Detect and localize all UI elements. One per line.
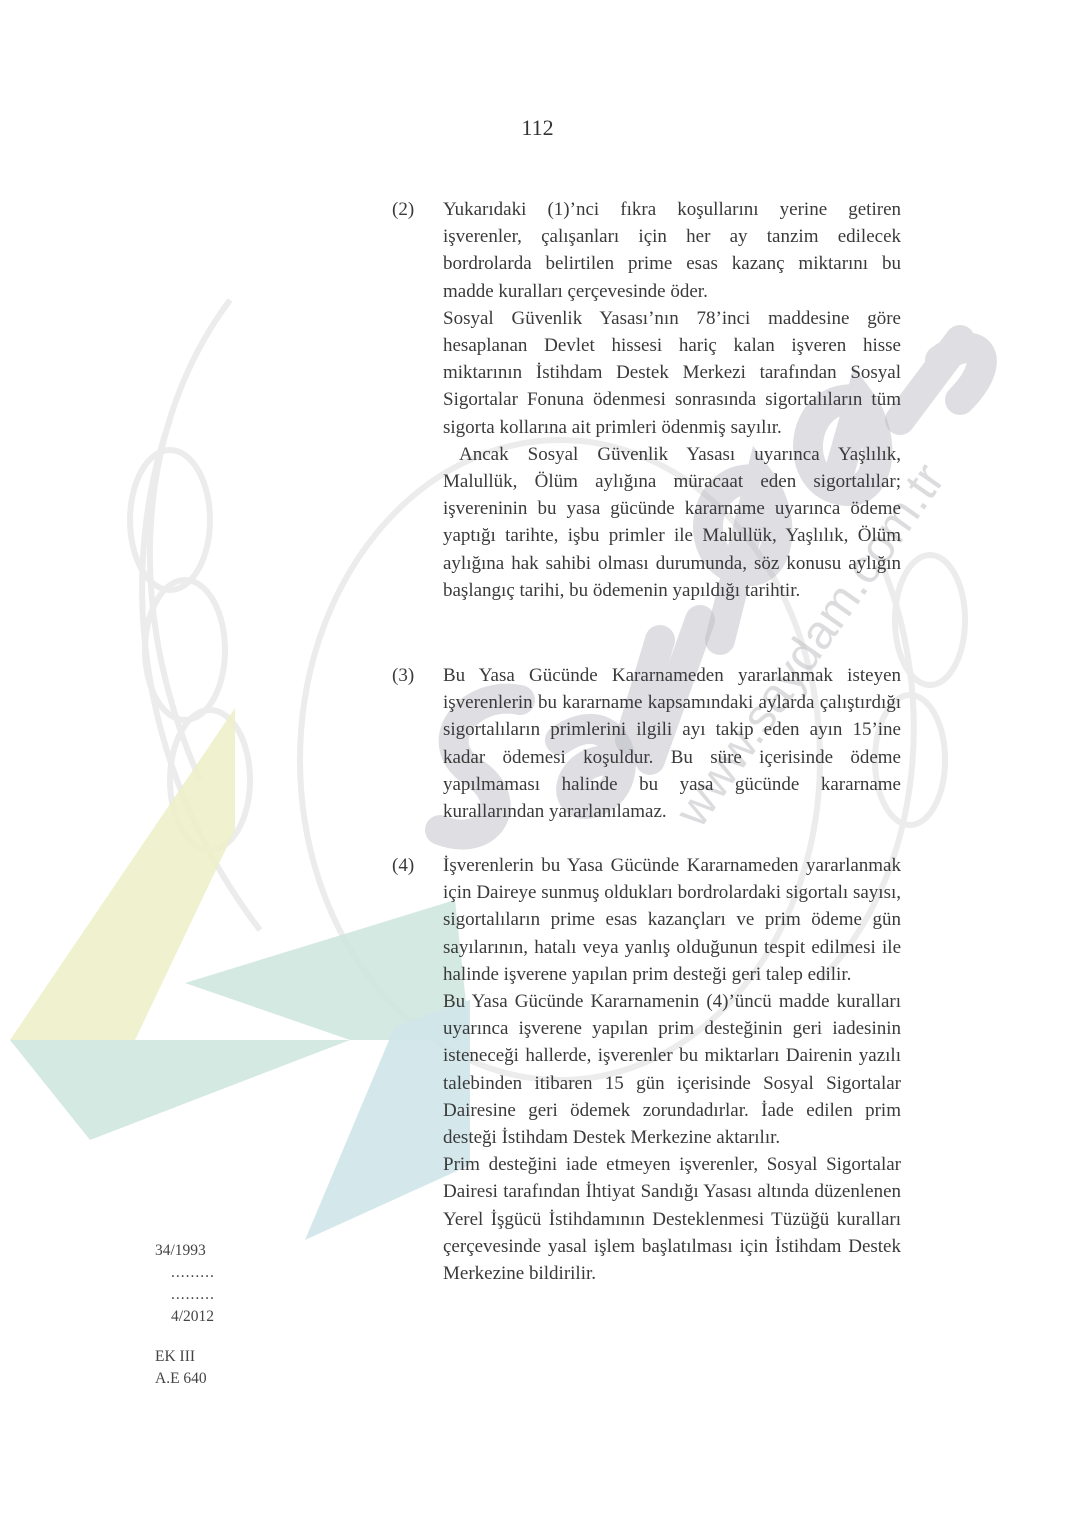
dots-line: ......... xyxy=(155,1284,215,1306)
dots-line: ......... xyxy=(155,1262,215,1284)
section-number: (3) xyxy=(392,662,414,689)
law-ref-end: 4/2012 xyxy=(155,1306,215,1328)
section-number: (2) xyxy=(392,196,414,223)
paragraph: Yukarıdaki (1)’nci fıkra koşullarını yer… xyxy=(443,196,901,305)
paragraph: Ancak Sosyal Güvenlik Yasası uyarınca Ya… xyxy=(443,441,901,604)
annex-label: EK III xyxy=(155,1346,207,1368)
logo-teal-shape-1 xyxy=(10,1040,350,1140)
section-body: İşverenlerin bu Yasa Gücünde Kararnamede… xyxy=(443,852,901,1287)
section-number: (4) xyxy=(392,852,414,879)
logo-yellow-shape xyxy=(10,708,235,1040)
margin-law-reference: 34/1993 ......... ......... 4/2012 xyxy=(155,1240,215,1328)
ae-number: A.E 640 xyxy=(155,1368,207,1390)
section-body: Bu Yasa Gücünde Kararnameden yararlanmak… xyxy=(443,662,901,825)
paragraph: Sosyal Güvenlik Yasası’nın 78’inci madde… xyxy=(443,305,901,441)
paragraph: Bu Yasa Gücünde Kararnameden yararlanmak… xyxy=(443,662,901,825)
paragraph: Bu Yasa Gücünde Kararnamenin (4)’üncü ma… xyxy=(443,988,901,1151)
law-ref-start: 34/1993 xyxy=(155,1240,215,1262)
logo-teal-shape-2 xyxy=(185,900,470,1040)
margin-annex-reference: EK III A.E 640 xyxy=(155,1346,207,1390)
section-body: Yukarıdaki (1)’nci fıkra koşullarını yer… xyxy=(443,196,901,604)
page-number: 112 xyxy=(0,115,1075,141)
paragraph: İşverenlerin bu Yasa Gücünde Kararnamede… xyxy=(443,852,901,988)
paragraph: Prim desteğini iade etmeyen işverenler, … xyxy=(443,1151,901,1287)
